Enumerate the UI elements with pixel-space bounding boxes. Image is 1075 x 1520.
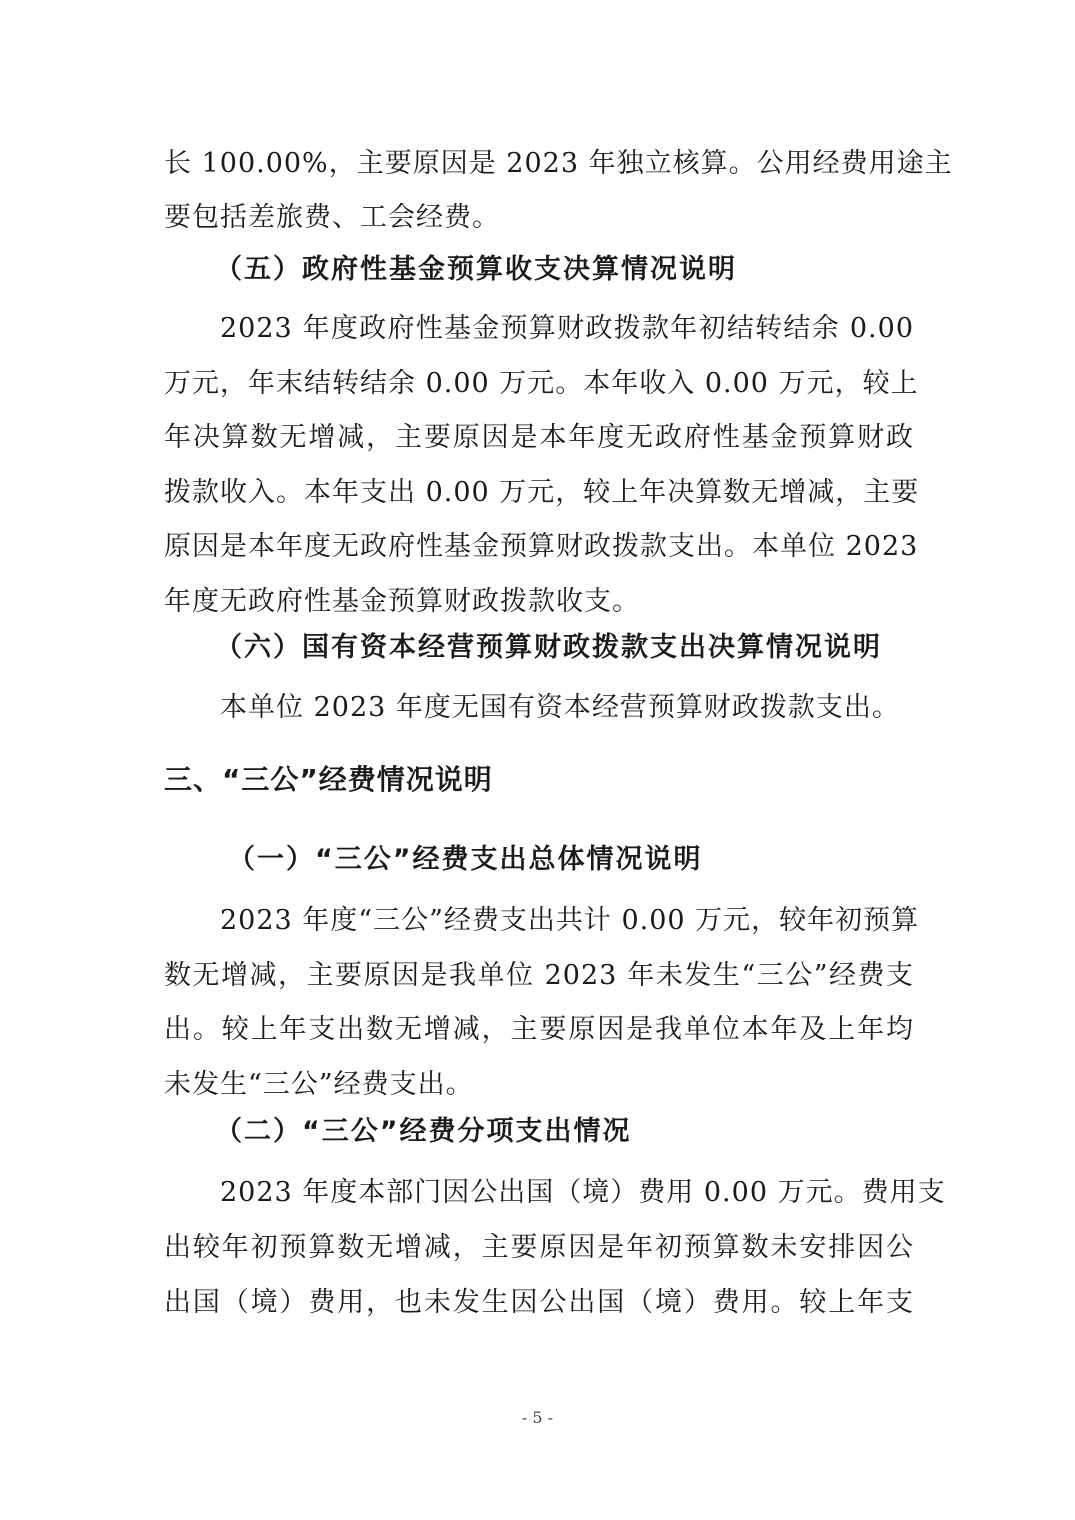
paragraph-line: 数无增减，主要原因是我单位 2023 年未发生“三公”经费支 [164, 958, 914, 994]
paragraph-line: 本单位 2023 年度无国有资本经营预算财政拨款支出。 [220, 690, 914, 726]
paragraph-line: 2023 年度本部门因公出国（境）费用 0.00 万元。费用支 [220, 1175, 914, 1211]
section-heading-6: （六）国有资本经营预算财政拨款支出决算情况说明 [215, 630, 882, 666]
paragraph-line: 原因是本年度无政府性基金预算财政拨款支出。本单位 2023 [164, 529, 914, 565]
paragraph-line: 出。较上年支出数无增减，主要原因是我单位本年及上年均 [164, 1012, 914, 1048]
paragraph-line: 2023 年度政府性基金预算财政拨款年初结转结余 0.00 [220, 311, 914, 347]
paragraph-line: 未发生“三公”经费支出。 [164, 1067, 914, 1103]
paragraph-line: 万元，年末结转结余 0.00 万元。本年收入 0.00 万元，较上 [164, 366, 914, 402]
paragraph-line: 拨款收入。本年支出 0.00 万元，较上年决算数无增减，主要 [164, 475, 914, 511]
paragraph-line: 出国（境）费用，也未发生因公出国（境）费用。较上年支 [164, 1285, 914, 1321]
section-heading-1: （一）“三公”经费支出总体情况说明 [228, 842, 703, 878]
paragraph-line: 2023 年度“三公”经费支出共计 0.00 万元，较年初预算 [220, 903, 914, 939]
section-heading-5: （五）政府性基金预算收支决算情况说明 [215, 252, 737, 288]
paragraph-line: 年度无政府性基金预算财政拨款收支。 [164, 584, 914, 620]
paragraph-line: 出较年初预算数无增减，主要原因是年初预算数未安排因公 [164, 1230, 914, 1266]
section-heading-2: （二）“三公”经费分项支出情况 [215, 1114, 632, 1150]
paragraph-line: 长 100.00%，主要原因是 2023 年独立核算。公用经费用途主 [164, 146, 914, 182]
page-number: - 5 - [0, 1408, 1075, 1427]
paragraph-line: 要包括差旅费、工会经费。 [164, 200, 914, 236]
chapter-heading-3: 三、“三公”经费情况说明 [164, 762, 493, 798]
paragraph-line: 年决算数无增减，主要原因是本年度无政府性基金预算财政 [164, 420, 914, 456]
